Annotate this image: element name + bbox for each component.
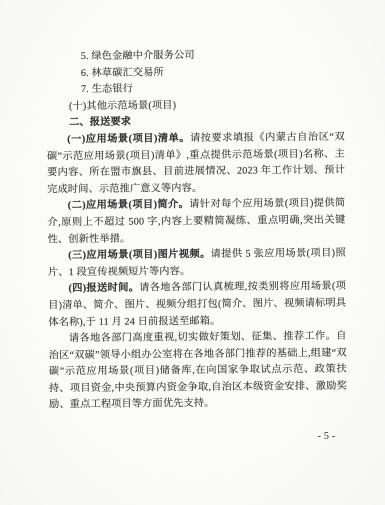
paragraph-lead: (二)应用场景(项目)简介。 (68, 199, 190, 211)
document-page: 5. 绿色金融中介服务公司 6. 林草碳汇交易所 7. 生态银行 (十)其他示范… (46, 47, 347, 448)
paragraph: 请各地各部门高度重视,切实做好策划、征集、推荐工作。自治区“双碳”领导小组办公室… (48, 329, 347, 415)
paragraph: (四)报送时间。请各地各部门认真梳理,按类别将应用场景(项目)清单、简介、图片、… (48, 279, 346, 331)
paragraph-lead: (三)应用场景(项目)图片视频。 (68, 249, 211, 261)
paragraph-text: 请各地各部门高度重视,切实做好策划、征集、推荐工作。自治区“双碳”领导小组办公室… (49, 331, 347, 411)
paragraph: (二)应用场景(项目)简介。请针对每个应用场景(项目)提供简介,原则上不超过 5… (47, 196, 345, 248)
paragraph: (一)应用场景(项目)清单。请按要求填报《内蒙古自治区“双碳”示范应用场景(项目… (47, 130, 346, 199)
paragraph-lead: (四)报送时间。 (68, 283, 139, 295)
page-number: - 5 - (49, 429, 347, 448)
paragraph-lead: (一)应用场景(项目)清单。 (67, 133, 190, 145)
paragraph: (三)应用场景(项目)图片视频。请提供 5 张应用场景(项目)照片、1 段宣传视… (48, 246, 346, 282)
